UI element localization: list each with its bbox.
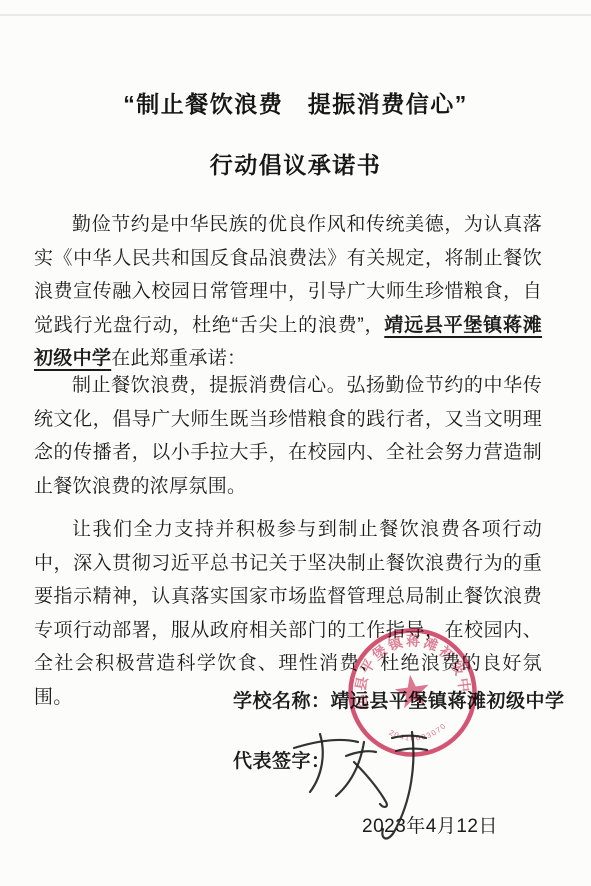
document-page: “制止餐饮浪费 提振消费信心” 行动倡议承诺书 勤俭节约是中华民族的优良作风和传… [0, 0, 591, 886]
signature-stroke [392, 736, 426, 738]
paragraph-2: 制止餐饮浪费，提振消费信心。弘扬勤俭节约的中华传统文化，倡导广大师生既当珍惜粮食… [34, 369, 542, 503]
paragraph-1-tail: 在此郑重承诺： [111, 348, 246, 369]
document-title-line2: 行动倡议承诺书 [0, 147, 591, 180]
signature-stroke [294, 740, 358, 748]
signature-stroke [396, 749, 427, 751]
school-name-label: 学校名称： [233, 691, 331, 712]
document-title-line1: “制止餐饮浪费 提振消费信心” [0, 86, 591, 119]
seal-star-icon [393, 672, 431, 709]
paragraph-1: 勤俭节约是中华民族的优良作风和传统美德，为认真落实《中华人民共和国反食品浪费法》… [34, 208, 542, 376]
signature-stroke [354, 762, 387, 807]
signature-handwriting [280, 718, 450, 868]
scan-artifact-line [0, 14, 591, 16]
